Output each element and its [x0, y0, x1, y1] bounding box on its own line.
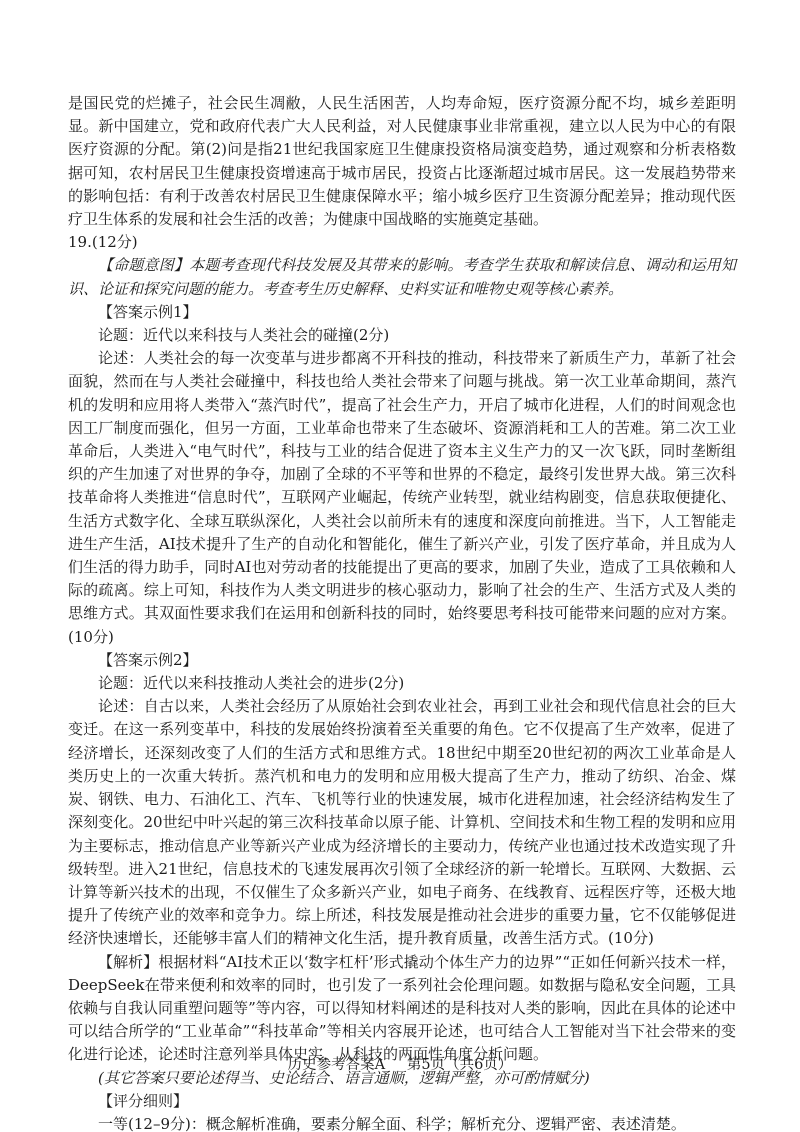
paragraph: 论题：近代以来科技与人类社会的碰撞(2分)	[68, 324, 736, 347]
paragraph: 【评分细则】	[68, 1090, 736, 1113]
footer-page-number: 第5页（共6页）	[407, 1057, 512, 1073]
paragraph: 【命题意图】本题考查现代科技发展及其带来的影响。考查学生获取和解读信息、调动和运…	[68, 254, 736, 300]
paragraph: 是国民党的烂摊子，社会民生凋敝，人民生活困苦，人均寿命短，医疗资源分配不均，城乡…	[68, 92, 736, 231]
paragraph: 【答案示例2】	[68, 649, 736, 672]
paragraph-list: 是国民党的烂摊子，社会民生凋敝，人民生活困苦，人均寿命短，医疗资源分配不均，城乡…	[68, 92, 736, 1132]
answer-sheet-page: 是国民党的烂摊子，社会民生凋敝，人民生活困苦，人均寿命短，医疗资源分配不均，城乡…	[0, 0, 800, 1132]
paragraph: 一等(12–9分)：概念解析准确，要素分解全面、科学；解析充分、逻辑严密、表述清…	[68, 1113, 736, 1132]
paragraph: 论题：近代以来科技推动人类社会的进步(2分)	[68, 672, 736, 695]
paragraph: 【答案示例1】	[68, 301, 736, 324]
paragraph: 【解析】根据材料“AI技术正以‘数字杠杆’形式撬动个体生产力的边界”“正如任何新…	[68, 951, 736, 1067]
page-footer: 历史参考答案A第5页（共6页）	[0, 1053, 800, 1074]
paragraph: 论述：人类社会的每一次变革与进步都离不开科技的推动，科技带来了新质生产力，革新了…	[68, 347, 736, 649]
paragraph: 论述：自古以来，人类社会经历了从原始社会到农业社会，再到工业社会和现代信息社会的…	[68, 695, 736, 950]
paragraph: 19.(12分)	[68, 231, 736, 254]
footer-doc-title: 历史参考答案A	[288, 1057, 385, 1073]
